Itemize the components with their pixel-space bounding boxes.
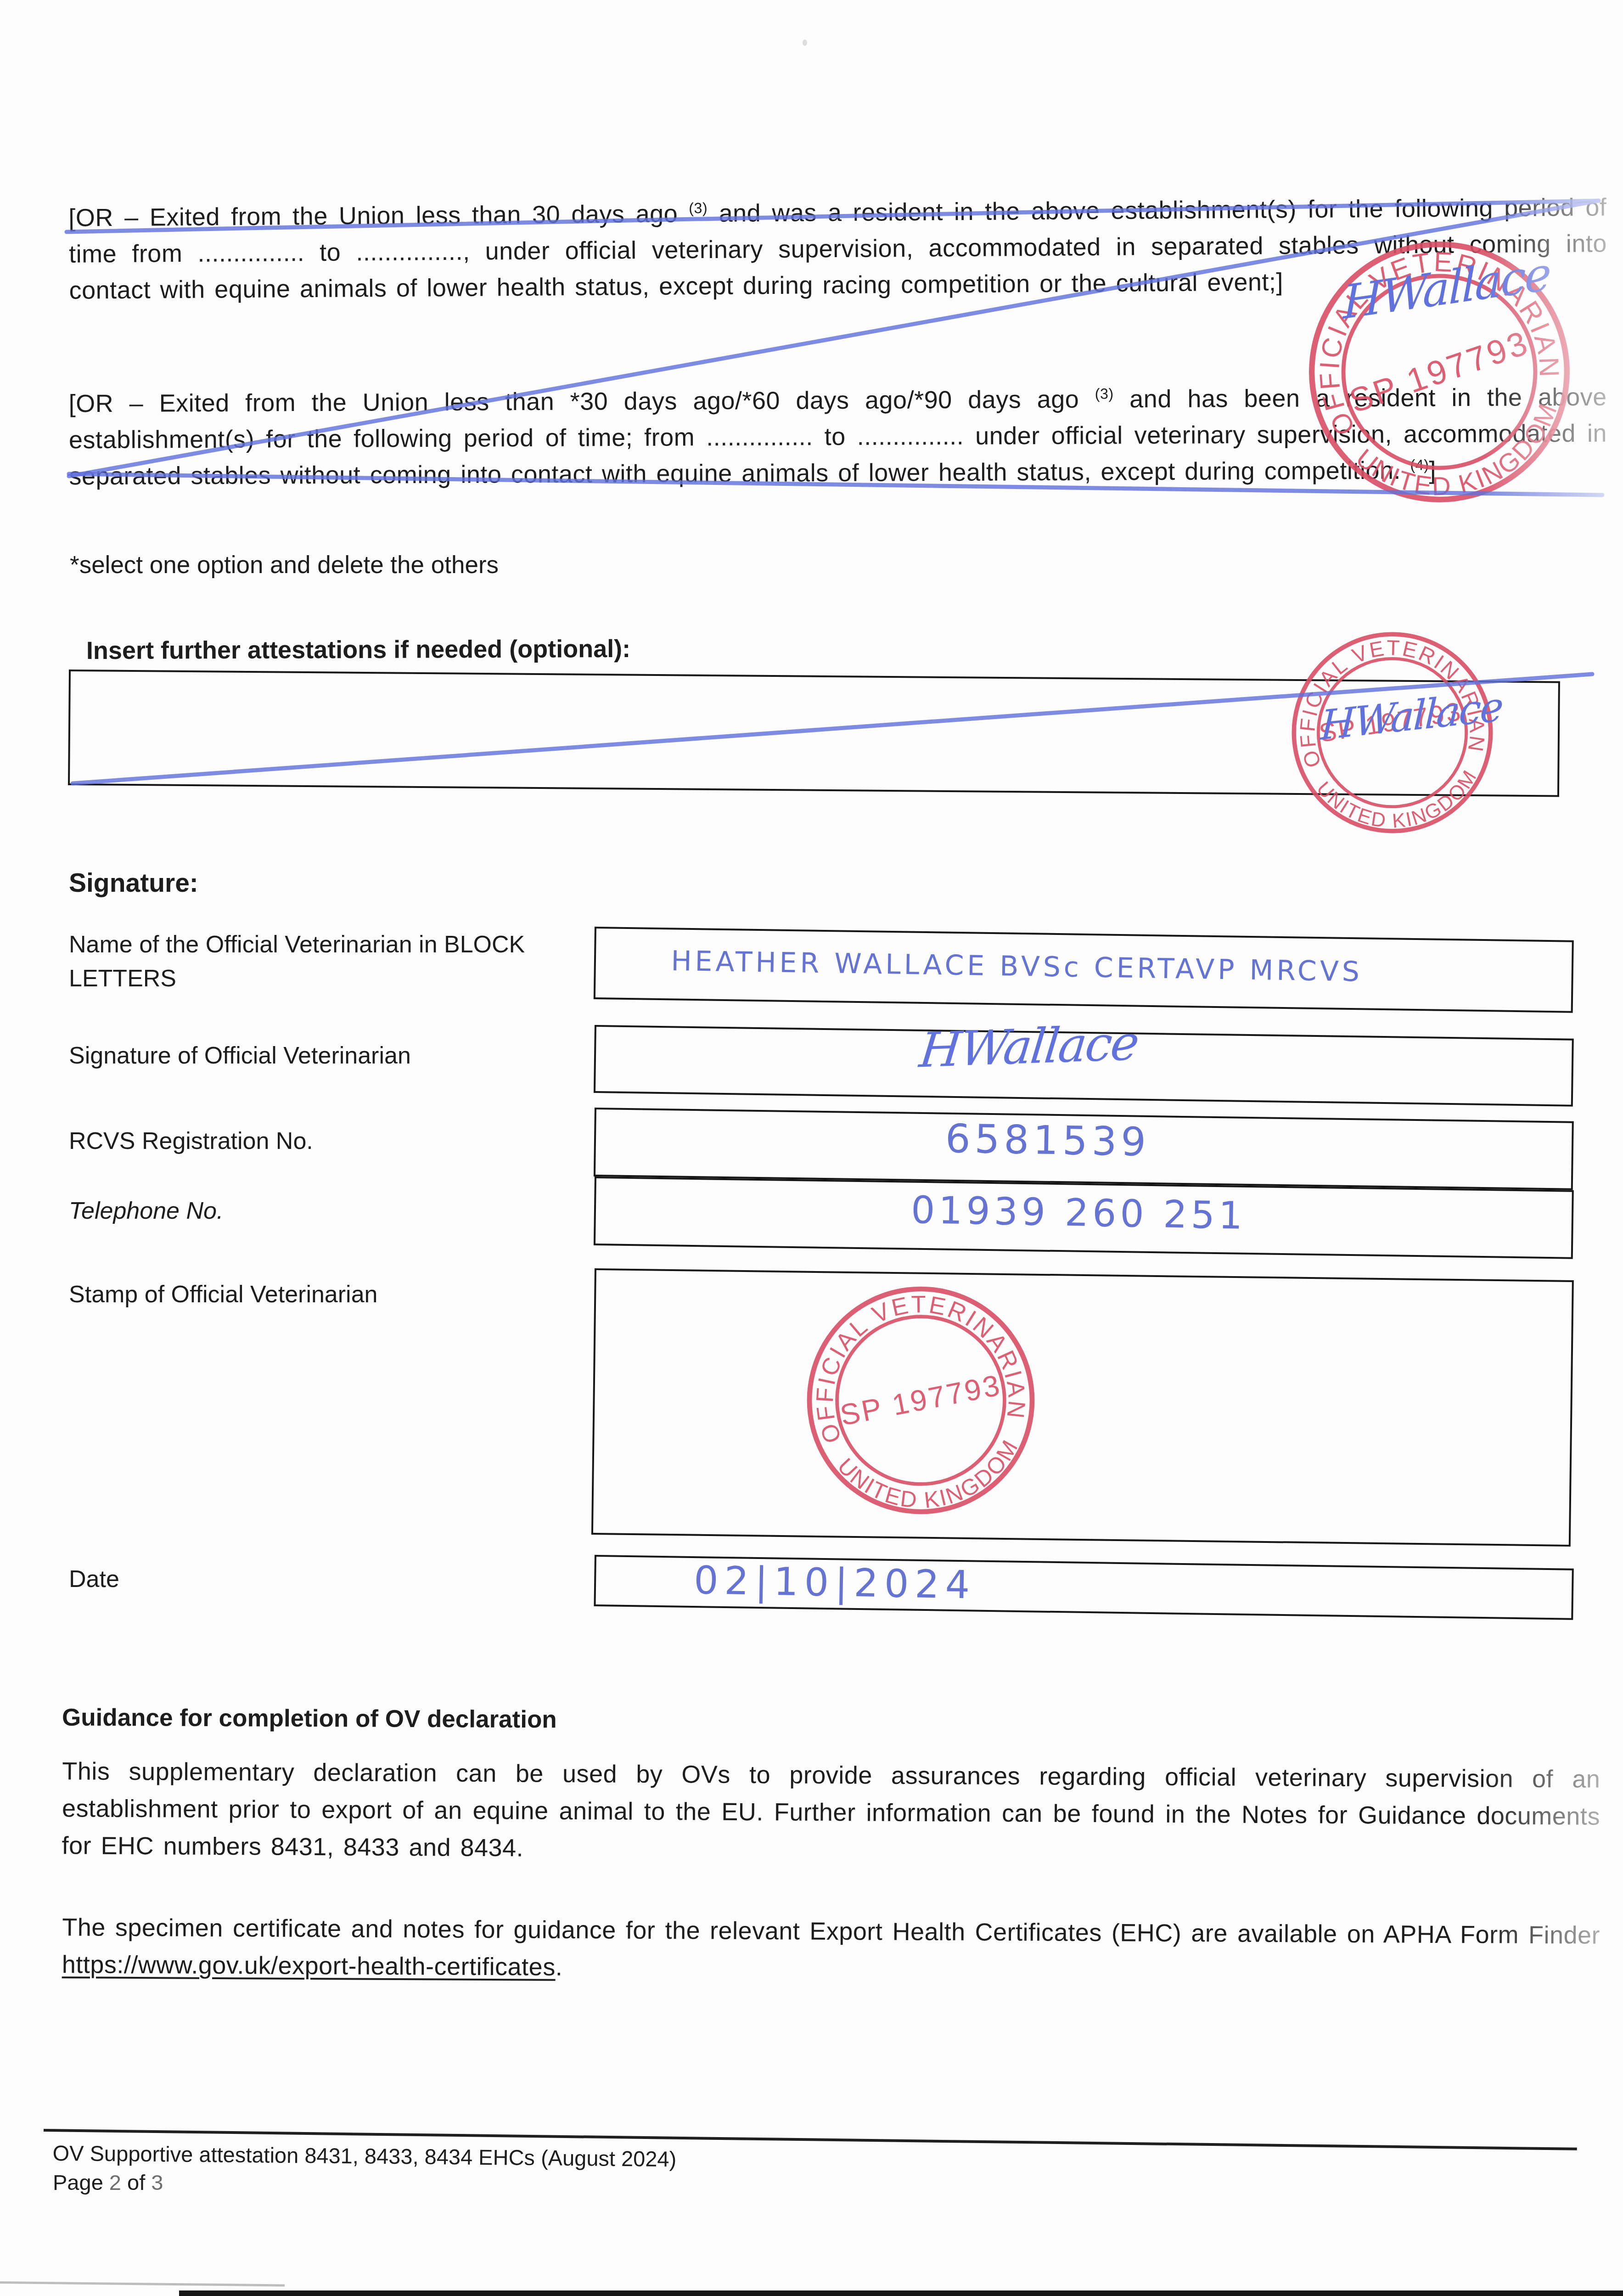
- stamp-field-box: [591, 1268, 1574, 1547]
- option2-text-start: [OR – Exited from the Union less than *3…: [69, 386, 1095, 418]
- stamp-code-text: SP 197793: [1344, 323, 1534, 420]
- guidance-paragraph-2-text: The specimen certificate and notes for g…: [62, 1913, 1600, 1949]
- svg-text:OFFICIAL VETERINARIAN: OFFICIAL VETERINARIAN: [799, 1278, 1033, 1447]
- export-health-certificates-link[interactable]: https://www.gov.uk/export-health-certifi…: [62, 1951, 556, 1981]
- signature-field-value: HWallace: [917, 1014, 1140, 1078]
- rcvs-field-label: RCVS Registration No.: [69, 1124, 666, 1158]
- footer-page-prefix: Page: [53, 2170, 109, 2195]
- scan-edge-bar: [179, 2290, 1623, 2296]
- stamp-arc-bottom-text: UNITED KINGDOM: [1311, 764, 1486, 839]
- stamp-arc-bottom-text: UNITED KINGDOM: [1346, 392, 1578, 524]
- option1-text-start: [OR – Exited from the Union less than 30…: [68, 200, 689, 231]
- guidance-paragraph-2-period: .: [556, 1953, 563, 1981]
- footer-page-total: 3: [151, 2170, 163, 2195]
- stamp-field-label: Stamp of Official Veterinarian: [69, 1277, 666, 1311]
- footnote-ref-3b: (3): [1095, 385, 1114, 402]
- further-attestations-heading: Insert further attestations if needed (o…: [86, 635, 630, 665]
- signature-field-label: Signature of Official Veterinarian: [69, 1039, 666, 1073]
- svg-text:UNITED KINGDOM: UNITED KINGDOM: [1346, 392, 1578, 524]
- scanned-document-page: [OR – Exited from the Union less than 30…: [0, 0, 1623, 2296]
- stamp-code-text: SP 197793: [837, 1368, 1004, 1432]
- signature-section-heading: Signature:: [69, 868, 198, 898]
- footer-page-middle: of: [121, 2170, 151, 2195]
- telephone-field-label: Telephone No.: [69, 1194, 666, 1228]
- footer-page-number: 2: [109, 2170, 121, 2195]
- scan-speck: [803, 39, 807, 46]
- select-option-note: *select one option and delete the others: [70, 551, 499, 579]
- name-field-label: Name of the Official Veterinarian in BLO…: [69, 928, 588, 996]
- footer-page-indicator: Page 2 of 3: [53, 2168, 163, 2197]
- svg-text:UNITED KINGDOM: UNITED KINGDOM: [1311, 764, 1486, 839]
- official-veterinarian-stamp: OFFICIAL VETERINARIAN UNITED KINGDOM SP …: [789, 1269, 1053, 1532]
- date-field-label: Date: [69, 1562, 666, 1596]
- telephone-field-value: 01939 260 251: [910, 1188, 1247, 1238]
- footnote-ref-3: (3): [689, 200, 708, 216]
- guidance-heading: Guidance for completion of OV declaratio…: [62, 1704, 557, 1734]
- date-field-value: 02|10|2024: [693, 1558, 976, 1608]
- guidance-paragraph-2: The specimen certificate and notes for g…: [62, 1909, 1601, 1992]
- guidance-paragraph-1: This supplementary declaration can be us…: [62, 1753, 1600, 1873]
- stamp-graphic: OFFICIAL VETERINARIAN UNITED KINGDOM SP …: [789, 1269, 1053, 1532]
- stamp-arc-top-text: OFFICIAL VETERINARIAN: [799, 1278, 1033, 1447]
- scan-line-artifact: [0, 2281, 285, 2286]
- rcvs-field-value: 6581539: [945, 1116, 1151, 1165]
